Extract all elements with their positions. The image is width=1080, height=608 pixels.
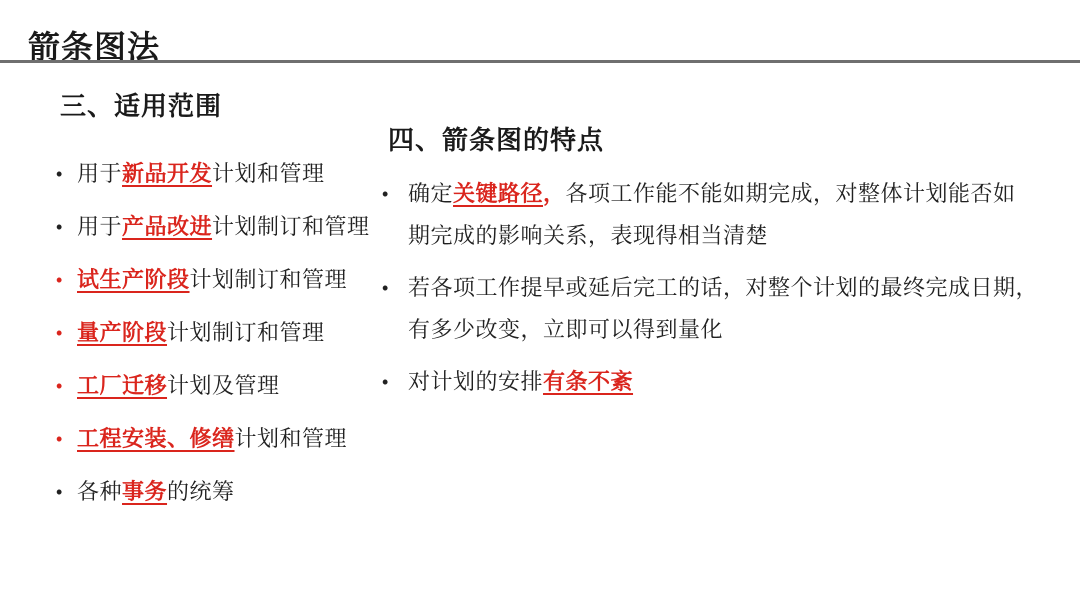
- bullet-dot: •: [56, 372, 77, 400]
- bullet-dot: •: [382, 361, 408, 403]
- highlighted-text-run: ，: [543, 181, 566, 206]
- bullet-dot: •: [382, 173, 408, 215]
- text-run: 各项工作能不能如期完成，对整体计划能否如: [566, 181, 1016, 206]
- text-run: 对计划的安排: [408, 369, 543, 394]
- bullet-dot: •: [56, 478, 77, 506]
- list-item: •用于新品开发计划和管理: [56, 160, 386, 188]
- bullet-dot: •: [56, 160, 77, 188]
- list-item-text: 用于产品改进计划制订和管理: [77, 213, 386, 241]
- highlighted-text-run: 有条不紊: [543, 369, 633, 394]
- text-run: 有多少改变，立即可以得到量化: [408, 317, 723, 342]
- text-run: 计划和管理: [212, 161, 325, 186]
- text-run: 确定: [408, 181, 453, 206]
- bullet-dot: •: [56, 319, 77, 347]
- list-item-text: 用于新品开发计划和管理: [77, 160, 386, 188]
- text-run: 用于: [77, 161, 122, 186]
- list-item-text: 确定关键路径，各项工作能不能如期完成，对整体计划能否如期完成的影响关系，表现得相…: [408, 173, 1042, 257]
- text-run: 若各项工作提早或延后完工的话，对整个计划的最终完成日期，: [408, 275, 1038, 300]
- list-item: •量产阶段计划制订和管理: [56, 319, 386, 347]
- text-run: 各种: [77, 479, 122, 504]
- list-item: •工程安装、修缮计划和管理: [56, 425, 386, 453]
- list-item-text: 对计划的安排有条不紊: [408, 361, 1042, 403]
- text-run: 期完成的影响关系，表现得相当清楚: [408, 223, 768, 248]
- highlighted-text-run: 关键路径: [453, 181, 543, 206]
- list-item-text: 试生产阶段计划制订和管理: [77, 266, 386, 294]
- left-section-heading: 三、适用范围: [60, 86, 222, 123]
- text-run: 计划和管理: [235, 426, 348, 451]
- highlighted-text-run: 试生产阶段: [77, 267, 190, 292]
- list-item-text: 量产阶段计划制订和管理: [77, 319, 386, 347]
- text-run: 计划制订和管理: [167, 320, 325, 345]
- left-bullet-list: •用于新品开发计划和管理•用于产品改进计划制订和管理•试生产阶段计划制订和管理•…: [56, 160, 386, 531]
- bullet-dot: •: [56, 425, 77, 453]
- list-item: •确定关键路径，各项工作能不能如期完成，对整体计划能否如期完成的影响关系，表现得…: [382, 173, 1042, 257]
- text-run: 计划制订和管理: [190, 267, 348, 292]
- highlighted-text-run: 产品改进: [122, 214, 212, 239]
- text-run: 用于: [77, 214, 122, 239]
- list-item: •若各项工作提早或延后完工的话，对整个计划的最终完成日期，有多少改变，立即可以得…: [382, 267, 1042, 351]
- list-item: •各种事务的统筹: [56, 478, 386, 506]
- list-item: •对计划的安排有条不紊: [382, 361, 1042, 403]
- text-run: 的统筹: [167, 479, 235, 504]
- list-item-text: 工厂迁移计划及管理: [77, 372, 386, 400]
- text-run: 计划制订和管理: [212, 214, 370, 239]
- highlighted-text-run: 工程安装、修缮: [77, 426, 235, 451]
- right-bullet-list: •确定关键路径，各项工作能不能如期完成，对整体计划能否如期完成的影响关系，表现得…: [382, 173, 1042, 413]
- bullet-dot: •: [382, 267, 408, 309]
- highlighted-text-run: 新品开发: [122, 161, 212, 186]
- list-item: •试生产阶段计划制订和管理: [56, 266, 386, 294]
- text-run: 计划及管理: [167, 373, 280, 398]
- bullet-dot: •: [56, 266, 77, 294]
- list-item: •工厂迁移计划及管理: [56, 372, 386, 400]
- right-section-heading: 四、箭条图的特点: [388, 120, 604, 157]
- list-item: •用于产品改进计划制订和管理: [56, 213, 386, 241]
- highlighted-text-run: 工厂迁移: [77, 373, 167, 398]
- list-item-text: 各种事务的统筹: [77, 478, 386, 506]
- list-item-text: 若各项工作提早或延后完工的话，对整个计划的最终完成日期，有多少改变，立即可以得到…: [408, 267, 1042, 351]
- list-item-text: 工程安装、修缮计划和管理: [77, 425, 386, 453]
- bullet-dot: •: [56, 213, 77, 241]
- title-underline-rule: [0, 60, 1080, 63]
- slide: 箭条图法 三、适用范围 •用于新品开发计划和管理•用于产品改进计划制订和管理•试…: [0, 0, 1080, 608]
- highlighted-text-run: 量产阶段: [77, 320, 167, 345]
- highlighted-text-run: 事务: [122, 479, 167, 504]
